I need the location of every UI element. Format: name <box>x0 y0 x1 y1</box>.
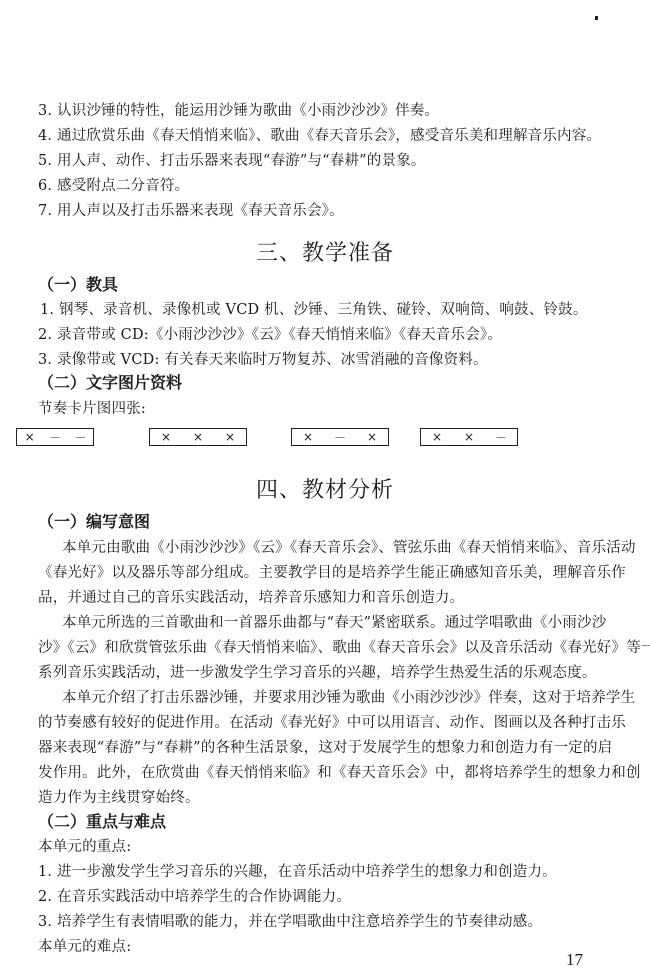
goal-item: 6. 感受附点二分音符。 <box>38 177 189 195</box>
section-heading-material-analysis: 四、教材分析 <box>0 477 650 505</box>
subheading-teaching-aids: （一）教具 <box>38 275 118 295</box>
rhythm-note: － <box>69 429 91 446</box>
paragraph-line: 沙》《云》和欣赏管弦乐曲《春天悄悄来临》、歌曲《春天音乐会》以及音乐活动《春光好… <box>38 639 650 657</box>
paragraph-line: 的节奏感有较好的促进作用。在活动《春光好》中可以用语言、动作、图画以及各种打击乐 <box>38 714 626 732</box>
paragraph-line: 本单元由歌曲《小雨沙沙沙》《云》《春天音乐会》、管弦乐曲《春天悄悄来临》、音乐活… <box>62 539 636 557</box>
rhythm-card-3: × － × <box>291 428 389 446</box>
rhythm-note: × <box>361 430 383 444</box>
goal-item: 7. 用人声以及打击乐器来表现《春天音乐会》。 <box>38 202 344 220</box>
subheading-writing-intent: （一）编写意图 <box>38 512 150 532</box>
rhythm-note: × <box>187 430 209 444</box>
rhythm-note: × <box>297 430 319 444</box>
paragraph-line: 造力作为主线贯穿始终。 <box>38 789 200 807</box>
section-heading-teaching-prep: 三、教学准备 <box>0 240 650 268</box>
rhythm-card-2: × × × <box>149 428 247 446</box>
aid-item: 3. 录像带或 VCD: 有关春天来临时万物复苏、冰雪消融的音像资料。 <box>38 351 488 369</box>
rhythm-note: × <box>219 430 241 444</box>
key-point-item: 2. 在音乐实践活动中培养学生的合作协调能力。 <box>38 888 351 906</box>
paragraph-line: 本单元介绍了打击乐器沙锤，并要求用沙锤为歌曲《小雨沙沙沙》伴奏，这对于培养学生 <box>62 689 635 707</box>
paragraph-line: 《春光好》以及器乐等部分组成。主要教学目的是培养学生能正确感知音乐美，理解音乐作 <box>38 564 626 582</box>
subheading-key-difficult-points: （二）重点与难点 <box>38 812 166 832</box>
scan-speck <box>595 16 598 20</box>
paragraph-line: 系列音乐实践活动，进一步激发学生学习音乐的兴趣，培养学生热爱生活的乐观态度。 <box>38 664 597 682</box>
rhythm-note: × <box>458 430 480 444</box>
goal-item: 5. 用人声、动作、打击乐器来表现“春游”与“春耕”的景象。 <box>38 152 426 170</box>
key-points-intro: 本单元的重点: <box>38 838 131 856</box>
key-point-item: 3. 培养学生有表情唱歌的能力，并在学唱歌曲中注意培养学生的节奏律动感。 <box>38 913 542 931</box>
rhythm-note: × <box>155 430 177 444</box>
rhythm-note: － <box>329 429 351 446</box>
paragraph-line: 发作用。此外，在欣赏曲《春天悄悄来临》和《春天音乐会》中，都将培养学生的想象力和… <box>38 764 641 782</box>
paragraph-line: 本单元所选的三首歌曲和一首器乐曲都与“春天”紧密联系。通过学唱歌曲《小雨沙沙 <box>62 614 606 632</box>
difficult-points-intro: 本单元的难点: <box>38 938 131 956</box>
aid-item: 1. 钢琴、录音机、录像机或 VCD 机、沙锤、三角铁、碰铃、双响筒、响鼓、铃鼓… <box>40 301 588 319</box>
goal-item: 3. 认识沙锤的特性，能运用沙锤为歌曲《小雨沙沙沙》伴奏。 <box>38 102 439 120</box>
key-point-item: 1. 进一步激发学生学习音乐的兴趣，在音乐活动中培养学生的想象力和创造力。 <box>38 863 557 881</box>
subheading-text-image-materials: （二）文字图片资料 <box>38 373 182 393</box>
aid-item: 2. 录音带或 CD:《小雨沙沙沙》《云》《春天悄悄来临》《春天音乐会》。 <box>38 326 502 344</box>
rhythm-note: × <box>426 430 448 444</box>
rhythm-card-1: × － － <box>16 428 94 446</box>
document-page: 3. 认识沙锤的特性，能运用沙锤为歌曲《小雨沙沙沙》伴奏。 4. 通过欣赏乐曲《… <box>0 0 650 978</box>
page-number: 17 <box>566 950 583 970</box>
rhythm-note: － <box>490 429 512 446</box>
paragraph-line: 器来表现“春游”与“春耕”的各种生活景象，这对于发展学生的想象力和创造力有一定的… <box>38 739 612 757</box>
rhythm-cards-intro: 节奏卡片图四张: <box>38 400 146 418</box>
rhythm-note: － <box>44 429 66 446</box>
rhythm-note: × <box>19 430 41 444</box>
paragraph-line: 品，并通过自己的音乐实践活动，培养音乐感知力和音乐创造力。 <box>38 589 464 607</box>
rhythm-card-4: × × － <box>420 428 518 446</box>
goal-item: 4. 通过欣赏乐曲《春天悄悄来临》、歌曲《春天音乐会》，感受音乐美和理解音乐内容… <box>38 127 601 145</box>
